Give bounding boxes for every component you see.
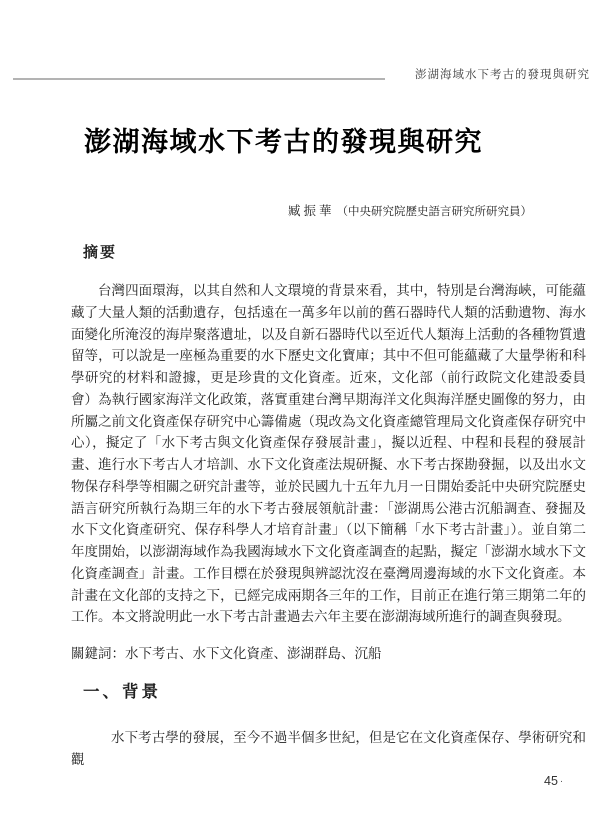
header-rule [13, 78, 385, 80]
keywords-label: 關鍵詞： [71, 646, 125, 661]
section-heading-background: 一、背景 [83, 678, 161, 702]
section-paragraph: 水下考古學的發展，至今不過半個多世紀，但是它在文化資產保存、學術研究和觀 [71, 727, 586, 771]
keywords-text: 水下考古、水下文化資產、澎湖群島、沉船 [125, 646, 382, 661]
page-number-value: 45 [544, 774, 558, 788]
abstract-paragraph: 台灣四面環海，以其自然和人文環境的背景來看，其中，特別是台灣海峽，可能蘊藏了大量… [71, 280, 586, 628]
article-title: 澎湖海域水下考古的發現與研究 [84, 120, 483, 159]
author-line: 臧振華（中央研究院歷史語言研究所研究員） [288, 201, 532, 219]
author-affiliation: （中央研究院歷史語言研究所研究員） [337, 206, 533, 218]
keywords-line: 關鍵詞：水下考古、水下文化資產、澎湖群島、沉船 [71, 642, 382, 662]
page-number-dot: · [560, 776, 563, 787]
running-head: 澎湖海域水下考古的發現與研究 [415, 66, 590, 82]
page-number: 45· [544, 774, 563, 788]
document-page: 澎湖海域水下考古的發現與研究 澎湖海域水下考古的發現與研究 臧振華（中央研究院歷… [0, 0, 600, 837]
author-name: 臧振華 [288, 204, 335, 218]
abstract-heading: 摘要 [83, 241, 117, 262]
